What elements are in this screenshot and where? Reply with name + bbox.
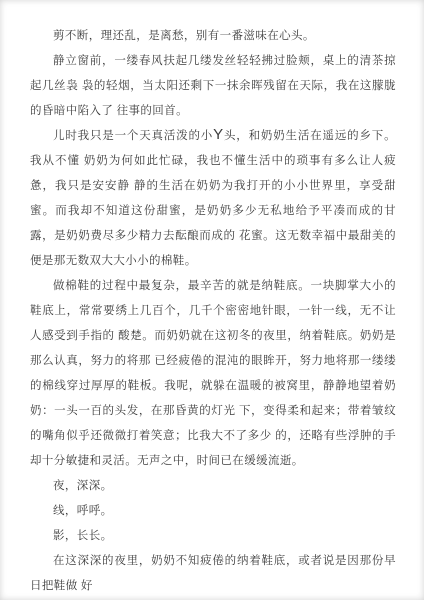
text-segment: 在这深深的夜里，奶奶不知疲倦的纳着鞋底，或者说是因那份早日把鞋做 好 bbox=[30, 555, 396, 592]
document-page: 剪不断，理还乱，是离愁，别有一番滋味在心头。静立窗前，一缕春风扶起几缕发丝轻轻拂… bbox=[0, 0, 424, 600]
paragraph: 静立窗前，一缕春风扶起几缕发丝轻轻拂过脸颊，桌上的清茶掠起几丝袅 袅的轻烟，当太… bbox=[30, 49, 396, 124]
document-body: 剪不断，理还乱，是离愁，别有一番滋味在心头。静立窗前，一缕春风扶起几缕发丝轻轻拂… bbox=[30, 24, 396, 599]
text-segment: 儿时我只是一个天真活泼的小 bbox=[53, 130, 213, 142]
paragraph: 剪不断，理还乱，是离愁，别有一番滋味在心头。 bbox=[30, 24, 396, 49]
paragraph: 做棉鞋的过程中最复杂，最辛苦的就是纳鞋底。一块脚掌大小的鞋底上，常常要绣上几百个… bbox=[30, 274, 396, 474]
paragraph: 夜，深深。 bbox=[30, 474, 396, 499]
text-segment: 做棉鞋的过程中最复杂，最辛苦的就是纳鞋底。一块脚掌大小的鞋底上，常常要绣上几百个… bbox=[30, 280, 396, 467]
paragraph: 儿时我只是一个天真活泼的小Y头，和奶奶生活在遥远的乡下。我从不懂 奶奶为何如此忙… bbox=[30, 124, 396, 274]
text-segment: 静立窗前，一缕春风扶起几缕发丝轻轻拂过脸颊，桌上的清茶掠起几丝袅 袅的轻烟，当太… bbox=[30, 55, 396, 117]
paragraph: 线，呼呼。 bbox=[30, 499, 396, 524]
text-segment: 头，和奶奶生活在遥远的乡下。我从不懂 奶奶为何如此忙碌，我也不懂生活中的琐事有多… bbox=[30, 130, 396, 267]
paragraph: 影，长长。 bbox=[30, 524, 396, 549]
text-segment: 剪不断，理还乱，是离愁，别有一番滋味在心头。 bbox=[53, 30, 315, 42]
text-segment: 影，长长。 bbox=[53, 530, 113, 542]
text-segment: Y bbox=[213, 126, 223, 143]
paragraph: 在这深深的夜里，奶奶不知疲倦的纳着鞋底，或者说是因那份早日把鞋做 好 bbox=[30, 549, 396, 599]
text-segment: 线，呼呼。 bbox=[53, 505, 113, 517]
text-segment: 夜，深深。 bbox=[53, 480, 113, 492]
